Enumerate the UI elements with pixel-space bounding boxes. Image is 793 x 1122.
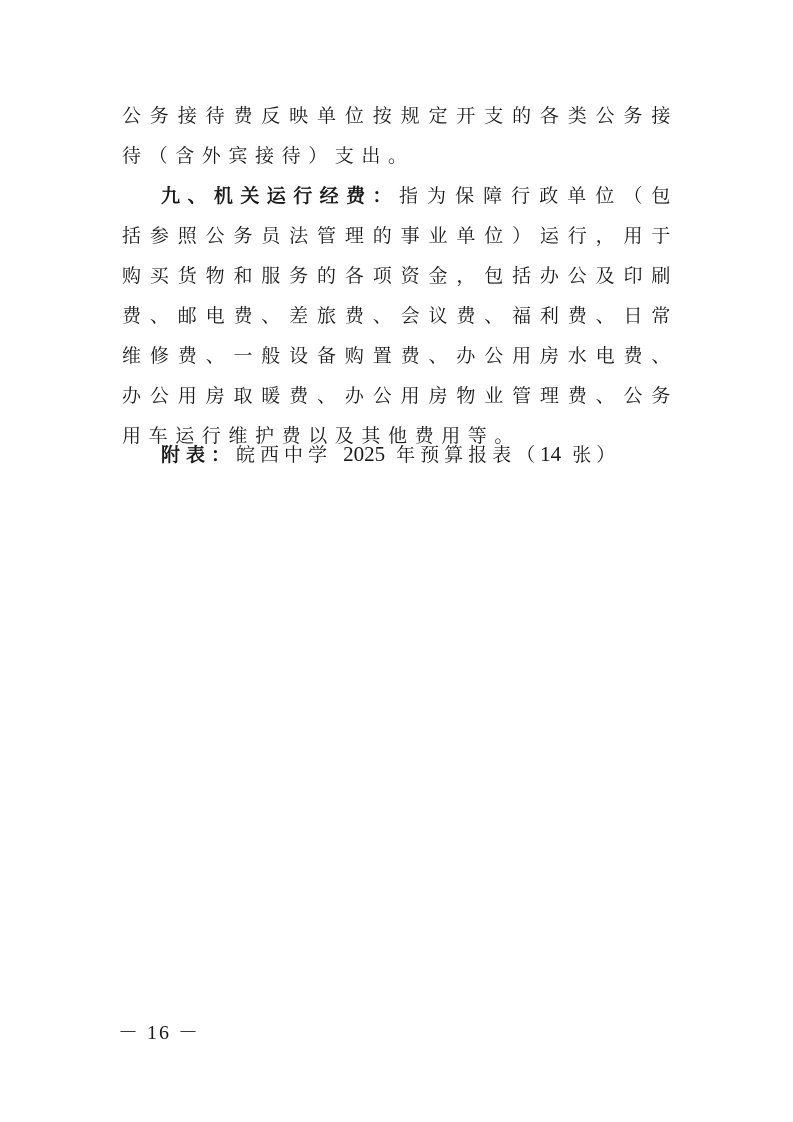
paragraph-operating-expenses: 九、机关运行经费：指为保障行政单位（包括参照公务员法管理的事业单位）运行，用于购… (122, 176, 678, 456)
section-body: 指为保障行政单位（包括参照公务员法管理的事业单位）运行，用于购买货物和服务的各项… (122, 185, 678, 447)
annex-count: 14 (540, 442, 561, 466)
annex-year: 2025 (343, 442, 385, 466)
annex-text-3: 张） (572, 444, 620, 466)
annex-text-1: 皖西中学 (236, 444, 332, 466)
annex-line: 附表：皖西中学 2025 年预算报表（14 张） (161, 434, 620, 475)
paragraph-reception-expenses: 公务接待费反映单位按规定开支的各类公务接待（含外宾接待）支出。 (122, 96, 678, 176)
section-heading: 九、机关运行经费： (161, 185, 399, 207)
document-page: 公务接待费反映单位按规定开支的各类公务接待（含外宾接待）支出。 九、机关运行经费… (0, 0, 793, 1122)
annex-text-2: 年预算报表（ (396, 444, 540, 466)
page-number: － 16 － (118, 1016, 200, 1045)
annex-label: 附表： (161, 444, 236, 466)
